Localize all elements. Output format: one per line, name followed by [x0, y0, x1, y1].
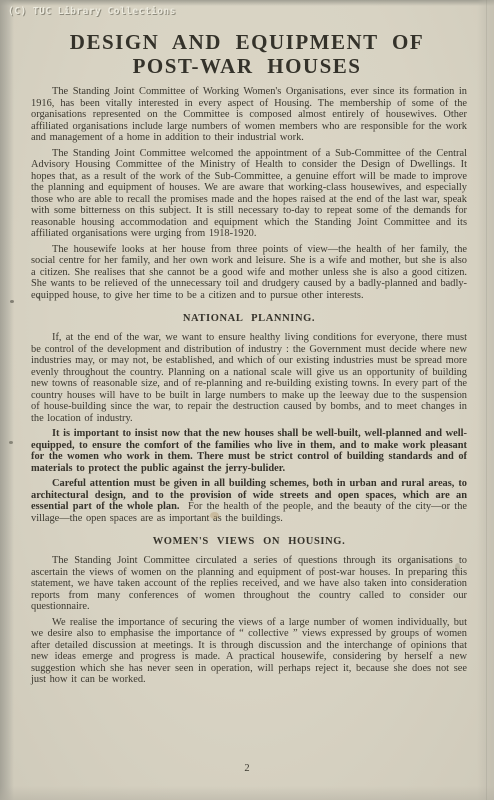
- scan-speck: [10, 300, 14, 303]
- paragraph-collective-views: We realise the importance of securing th…: [31, 617, 467, 686]
- paragraph-well-built-houses: It is important to insist now that the n…: [31, 428, 467, 474]
- paragraph-industry-control: If, at the end of the war, we want to en…: [31, 332, 467, 424]
- paragraph-careful-attention: Careful attention must be given in all b…: [31, 478, 467, 524]
- document-title: DESIGN AND EQUIPMENT OF POST-WAR HOUSES: [24, 30, 470, 78]
- paragraph-committee-intro: The Standing Joint Committee of Working …: [31, 86, 467, 144]
- paragraph-questionnaire: The Standing Joint Committee circulated …: [31, 555, 467, 613]
- library-watermark: (C) TUC Library Collections: [8, 6, 176, 17]
- page-number: 2: [0, 763, 494, 774]
- paragraph-sub-committee: The Standing Joint Committee welcomed th…: [31, 148, 467, 240]
- document-title-line-2: POST-WAR HOUSES: [24, 54, 470, 78]
- heading-national-planning: NATIONAL PLANNING.: [31, 313, 467, 324]
- scan-edge-right: [477, 0, 494, 800]
- heading-womens-views-on-housing: WOMEN'S VIEWS ON HOUSING.: [31, 536, 467, 547]
- scan-fold-line: [486, 0, 487, 800]
- document-body: The Standing Joint Committee of Working …: [31, 86, 467, 686]
- paragraph-housewife-views: The housewife looks at her house from th…: [31, 244, 467, 302]
- scanned-document-page: (C) TUC Library Collections DESIGN AND E…: [0, 0, 494, 800]
- scan-edge-bottom: [0, 786, 494, 800]
- document-title-line-1: DESIGN AND EQUIPMENT OF: [24, 30, 470, 54]
- scan-speck: [9, 441, 13, 444]
- scan-edge-left: [0, 0, 14, 800]
